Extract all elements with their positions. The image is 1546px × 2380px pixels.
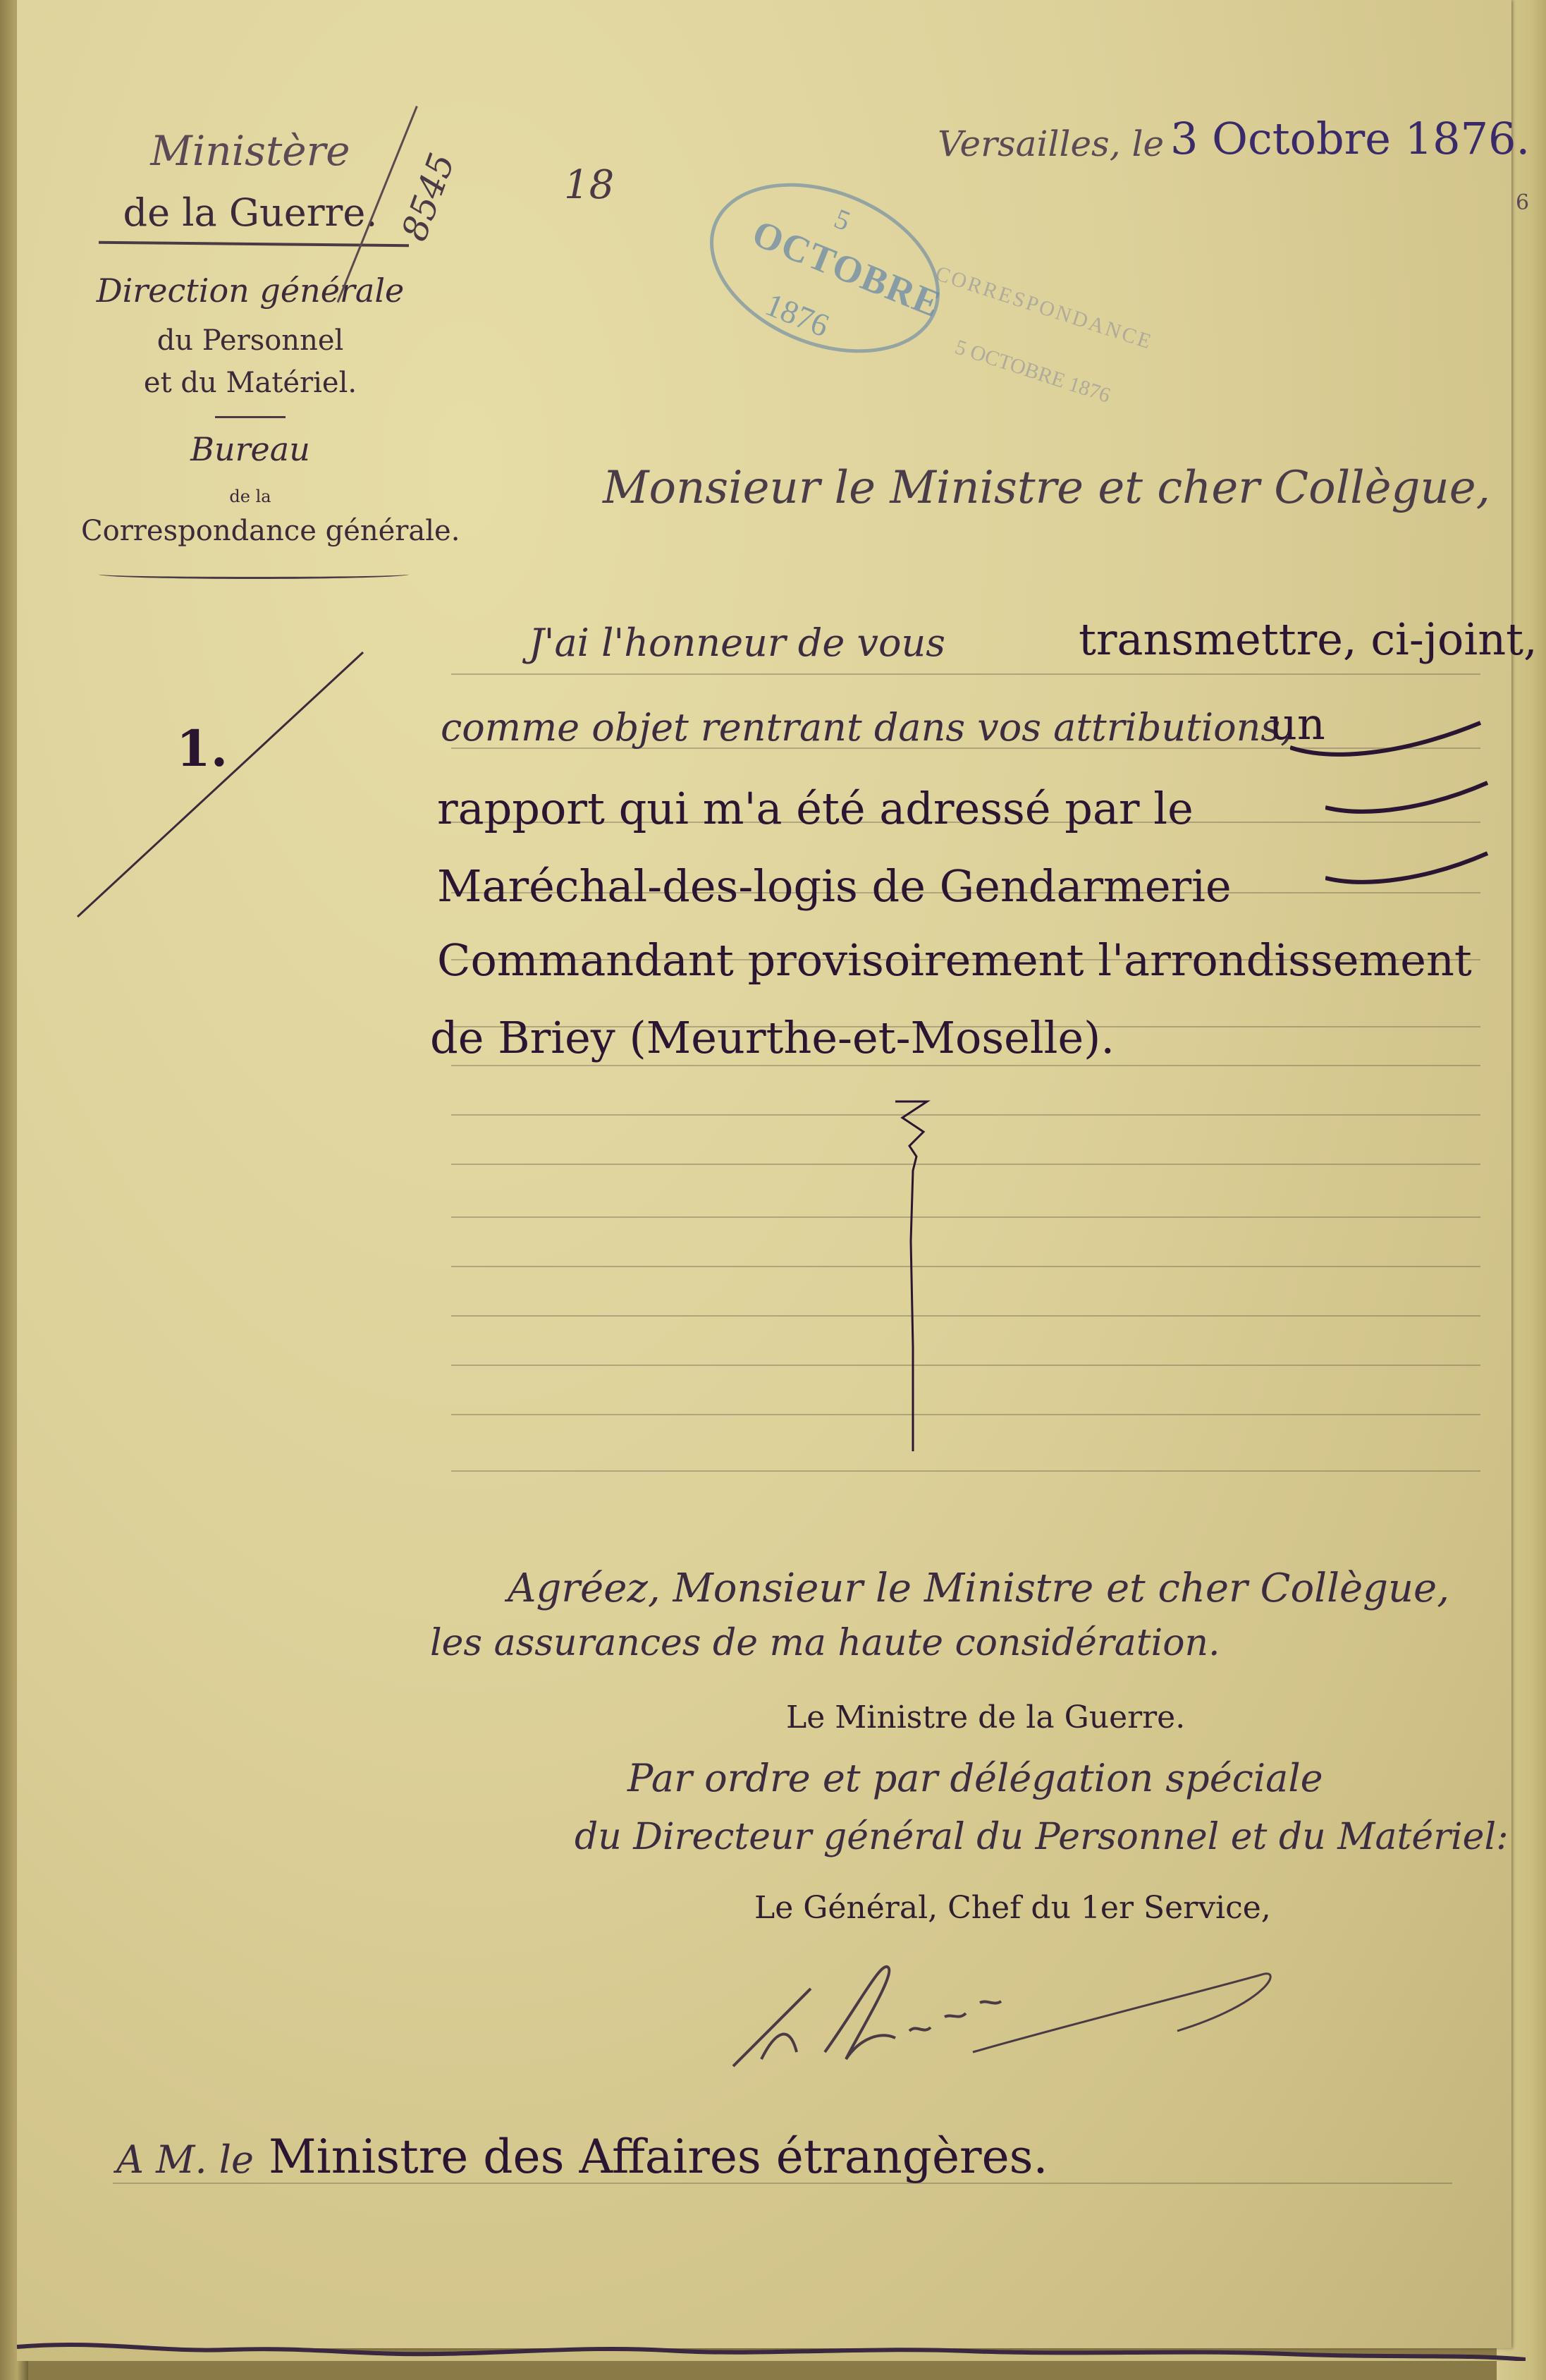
signature-minister-title: Le Ministre de la Guerre. (786, 1699, 1185, 1735)
letterhead-bureau: Bureau (81, 430, 419, 468)
reference-suffix: 18 (564, 162, 614, 208)
ruled-line (451, 1216, 1480, 1218)
body-line-1-printed: J'ai l'honneur de vous (529, 621, 945, 665)
body-line-2-printed: comme objet rentrant dans vos attributio… (441, 705, 1292, 750)
ruled-line (451, 1164, 1480, 1165)
ruled-line (451, 1365, 1480, 1366)
letterhead-direction: Direction générale (81, 271, 419, 310)
letterhead-bureau-name: Correspondance générale. (81, 515, 419, 547)
signature-delegation-1: Par ordre et par délégation spéciale (627, 1756, 1323, 1800)
ruled-line (451, 1114, 1480, 1116)
body-line-3: rapport qui m'a été adressé par le (437, 783, 1194, 834)
body-line-1-written: transmettre, ci-joint, (1079, 614, 1538, 665)
recipient-address: A M. le Ministre des Affaires étrangères… (116, 2130, 1048, 2184)
dateline-place: Versailles, le (938, 123, 1164, 164)
ruled-line (113, 2183, 1452, 2184)
closing-line-2: les assurances de ma haute considération… (430, 1622, 1220, 1664)
letterhead-ministry: Ministère (81, 127, 419, 175)
address-recipient: Ministre des Affaires étrangères. (269, 2130, 1048, 2184)
salutation: Monsieur le Ministre et cher Collègue, (603, 462, 1490, 514)
torn-bottom-edge (17, 2340, 1526, 2361)
void-line-marker (895, 1100, 938, 1453)
letterhead-flourish-rule (99, 570, 409, 579)
right-margin-mark: 6 (1516, 190, 1529, 215)
margin-diagonal-line (70, 628, 367, 924)
body-line-4: Maréchal-des-logis de Gendarmerie (437, 860, 1232, 912)
address-prefix: A M. le (116, 2137, 254, 2182)
letterhead-direction-materiel: et du Matériel. (81, 367, 419, 399)
ruled-line (451, 673, 1480, 675)
ruled-line (451, 1065, 1480, 1066)
body-line-5: Commandant provisoirement l'arrondisseme… (437, 934, 1472, 986)
line-flourish (1290, 719, 1487, 762)
letterhead-direction-personnel: du Personnel (81, 324, 419, 357)
ruled-line (451, 1414, 1480, 1415)
closing-line-1: Agréez, Monsieur le Ministre et cher Col… (508, 1566, 1449, 1611)
letterhead-bureau-de-la: de la (81, 487, 419, 506)
dateline-date: 3 Octobre 1876. (1170, 113, 1530, 164)
handwritten-signature (719, 1946, 1283, 2073)
ruled-line (451, 1315, 1480, 1317)
signature-signatory-title: Le Général, Chef du 1er Service, (754, 1890, 1271, 1926)
body-line-6: de Briey (Meurthe-et-Moselle). (430, 1012, 1115, 1063)
letterhead-short-rule (215, 416, 286, 418)
ruled-line (451, 1470, 1480, 1472)
ruled-line (451, 1266, 1480, 1267)
signature-delegation-2: du Directeur général du Personnel et du … (575, 1816, 1509, 1858)
line-flourish (1325, 846, 1495, 889)
line-flourish (1325, 776, 1495, 818)
